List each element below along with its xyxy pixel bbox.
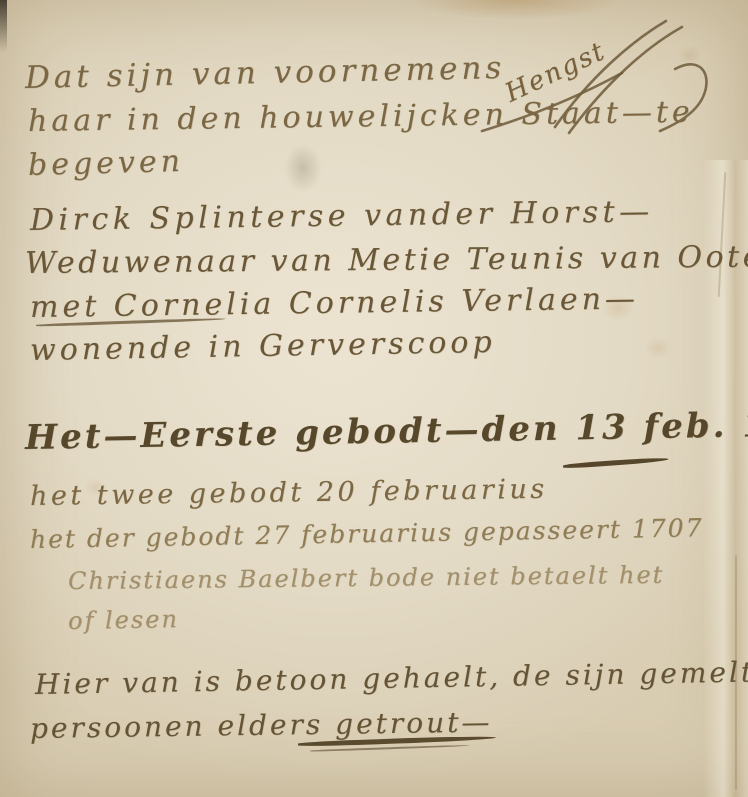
manuscript-page: Hengst Dat sijn van voornemens haar in d… (0, 0, 748, 797)
pen-stroke-underline-1707 (563, 457, 669, 469)
line-intent-3: begeven (28, 144, 185, 183)
line-couple-2: Weduwenaar van Metie Teunis van Ooten (25, 239, 748, 281)
line-couple-4: wonende in Gerverscoop (30, 325, 496, 368)
line-closing-1: Hier van is betoon gehaelt, de sijn geme… (35, 655, 748, 701)
page-edge-shadow (0, 0, 7, 52)
line-couple-1: Dirck Splinterse vander Horst— (30, 194, 654, 238)
line-intent-1: Dat sijn van voornemens (25, 50, 506, 96)
line-bann-second: het twee gebodt 20 februarius (30, 474, 548, 512)
line-bann-note-2: of lesen (68, 605, 179, 635)
line-bann-note-1: Christiaens Baelbert bode niet betaelt h… (68, 561, 665, 595)
line-couple-3: met Cornelia Cornelis Verlaen— (30, 281, 639, 324)
line-bann-third: het der gebodt 27 februarius gepasseert … (30, 513, 704, 554)
line-bann-first: Het—Eerste gebodt—den 13 feb. 1707 (25, 404, 748, 458)
